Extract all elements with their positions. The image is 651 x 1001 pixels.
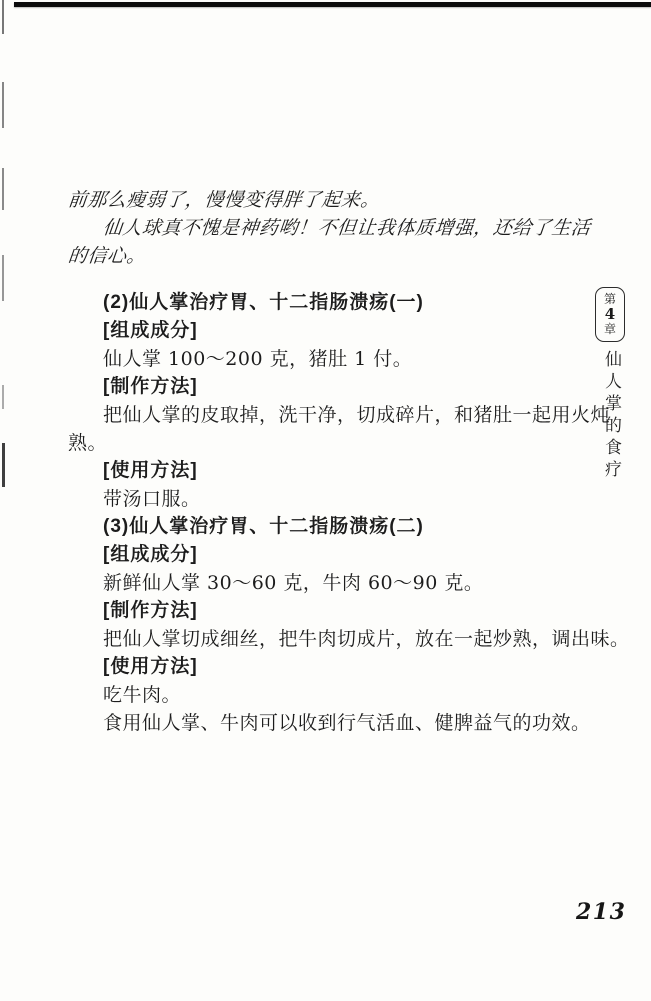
top-rule (14, 2, 651, 7)
book-page: 前那么瘦弱了，慢慢变得胖了起来。 仙人球真不愧是神药哟！不但让我体质增强，还给了… (0, 0, 651, 1001)
scan-edge-artifact (2, 0, 4, 34)
usage-label: [使用方法] (68, 457, 590, 485)
ingredients-text: 仙人掌 100～200 克，猪肚 1 付。 (68, 345, 590, 373)
scan-edge-artifact (2, 385, 4, 409)
method-label: [制作方法] (68, 373, 590, 401)
method-text-cont: 熟。 (68, 429, 590, 457)
efficacy-note: 食用仙人掌、牛肉可以收到行气活血、健脾益气的功效。 (68, 709, 590, 737)
scan-edge-artifact (2, 168, 4, 210)
ingredients-text: 新鲜仙人掌 30～60 克，牛肉 60～90 克。 (68, 569, 590, 597)
page-number: 213 (576, 899, 626, 925)
recipe-2-heading: (2)仙人掌治疗胃、十二指肠溃疡(一) (68, 289, 590, 317)
method-label: [制作方法] (68, 597, 590, 625)
narrative-line: 前那么瘦弱了，慢慢变得胖了起来。 (67, 186, 592, 214)
chapter-badge: 第 4 章 (595, 287, 625, 342)
narrative-line: 的信心。 (67, 242, 592, 270)
usage-text: 吃牛肉。 (68, 681, 590, 709)
scan-edge-artifact (2, 82, 4, 128)
chapter-badge-char: 章 (604, 322, 616, 337)
recipe-3-heading: (3)仙人掌治疗胃、十二指肠溃疡(二) (68, 513, 590, 541)
page-body: 前那么瘦弱了，慢慢变得胖了起来。 仙人球真不愧是神药哟！不但让我体质增强，还给了… (68, 186, 590, 737)
usage-text: 带汤口服。 (68, 485, 590, 513)
ingredients-label: [组成成分] (68, 317, 590, 345)
scan-edge-artifact (2, 443, 5, 487)
method-text: 把仙人掌的皮取掉，洗干净，切成碎片，和猪肚一起用火炖 (68, 401, 590, 429)
chapter-title-vertical: 仙人掌的食疗 (599, 350, 624, 490)
method-text: 把仙人掌切成细丝，把牛肉切成片，放在一起炒熟，调出味。 (68, 625, 590, 653)
usage-label: [使用方法] (68, 653, 590, 681)
ingredients-label: [组成成分] (68, 541, 590, 569)
scan-edge-artifact (2, 255, 4, 301)
narrative-line: 仙人球真不愧是神药哟！不但让我体质增强，还给了生活 (67, 214, 592, 242)
chapter-number: 4 (605, 307, 615, 322)
